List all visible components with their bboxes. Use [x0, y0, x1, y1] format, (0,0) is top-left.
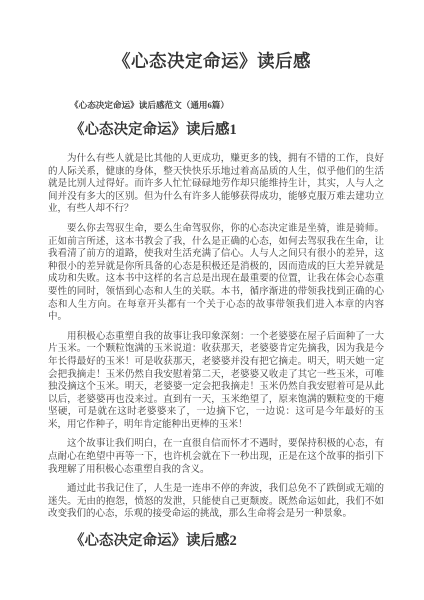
section-1-body: 为什么有些人就是比其他的人更成功，赚更多的钱，拥有不错的工作，良好的人际关系，健… [48, 153, 384, 521]
document-title: 《心态决定命运》读后感 [0, 48, 424, 73]
paragraph: 为什么有些人就是比其他的人更成功，赚更多的钱，拥有不错的工作，良好的人际关系，健… [48, 153, 384, 216]
section-heading-2: 《心态决定命运》读后感2 [70, 529, 424, 550]
paragraph: 用积极心态重塑自我的故事让我印象深刻：一个老婆婆在屋子后面种了一大片玉米。一个颗… [48, 331, 384, 432]
paragraph: 通过此书我记住了，人生是一连串不停的奔波，我们总免不了跌倒或无端的迷失。无由的抱… [48, 483, 384, 521]
document-page: 《心态决定命运》读后感 《心态决定命运》读后感范文（通用6篇） 《心态决定命运》… [0, 0, 424, 600]
paragraph: 要么你去驾驭生命，要么生命驾驭你，你的心态决定谁是坐骑，谁是骑师。正如前言所述，… [48, 223, 384, 324]
section-heading-1: 《心态决定命运》读后感1 [70, 118, 424, 139]
document-subtitle: 《心态决定命运》读后感范文（通用6篇） [70, 99, 424, 111]
paragraph: 这个故事让我们明白，在一直很自信而怀才不遇时，要保持积极的心态，有点耐心在绝望中… [48, 438, 384, 476]
